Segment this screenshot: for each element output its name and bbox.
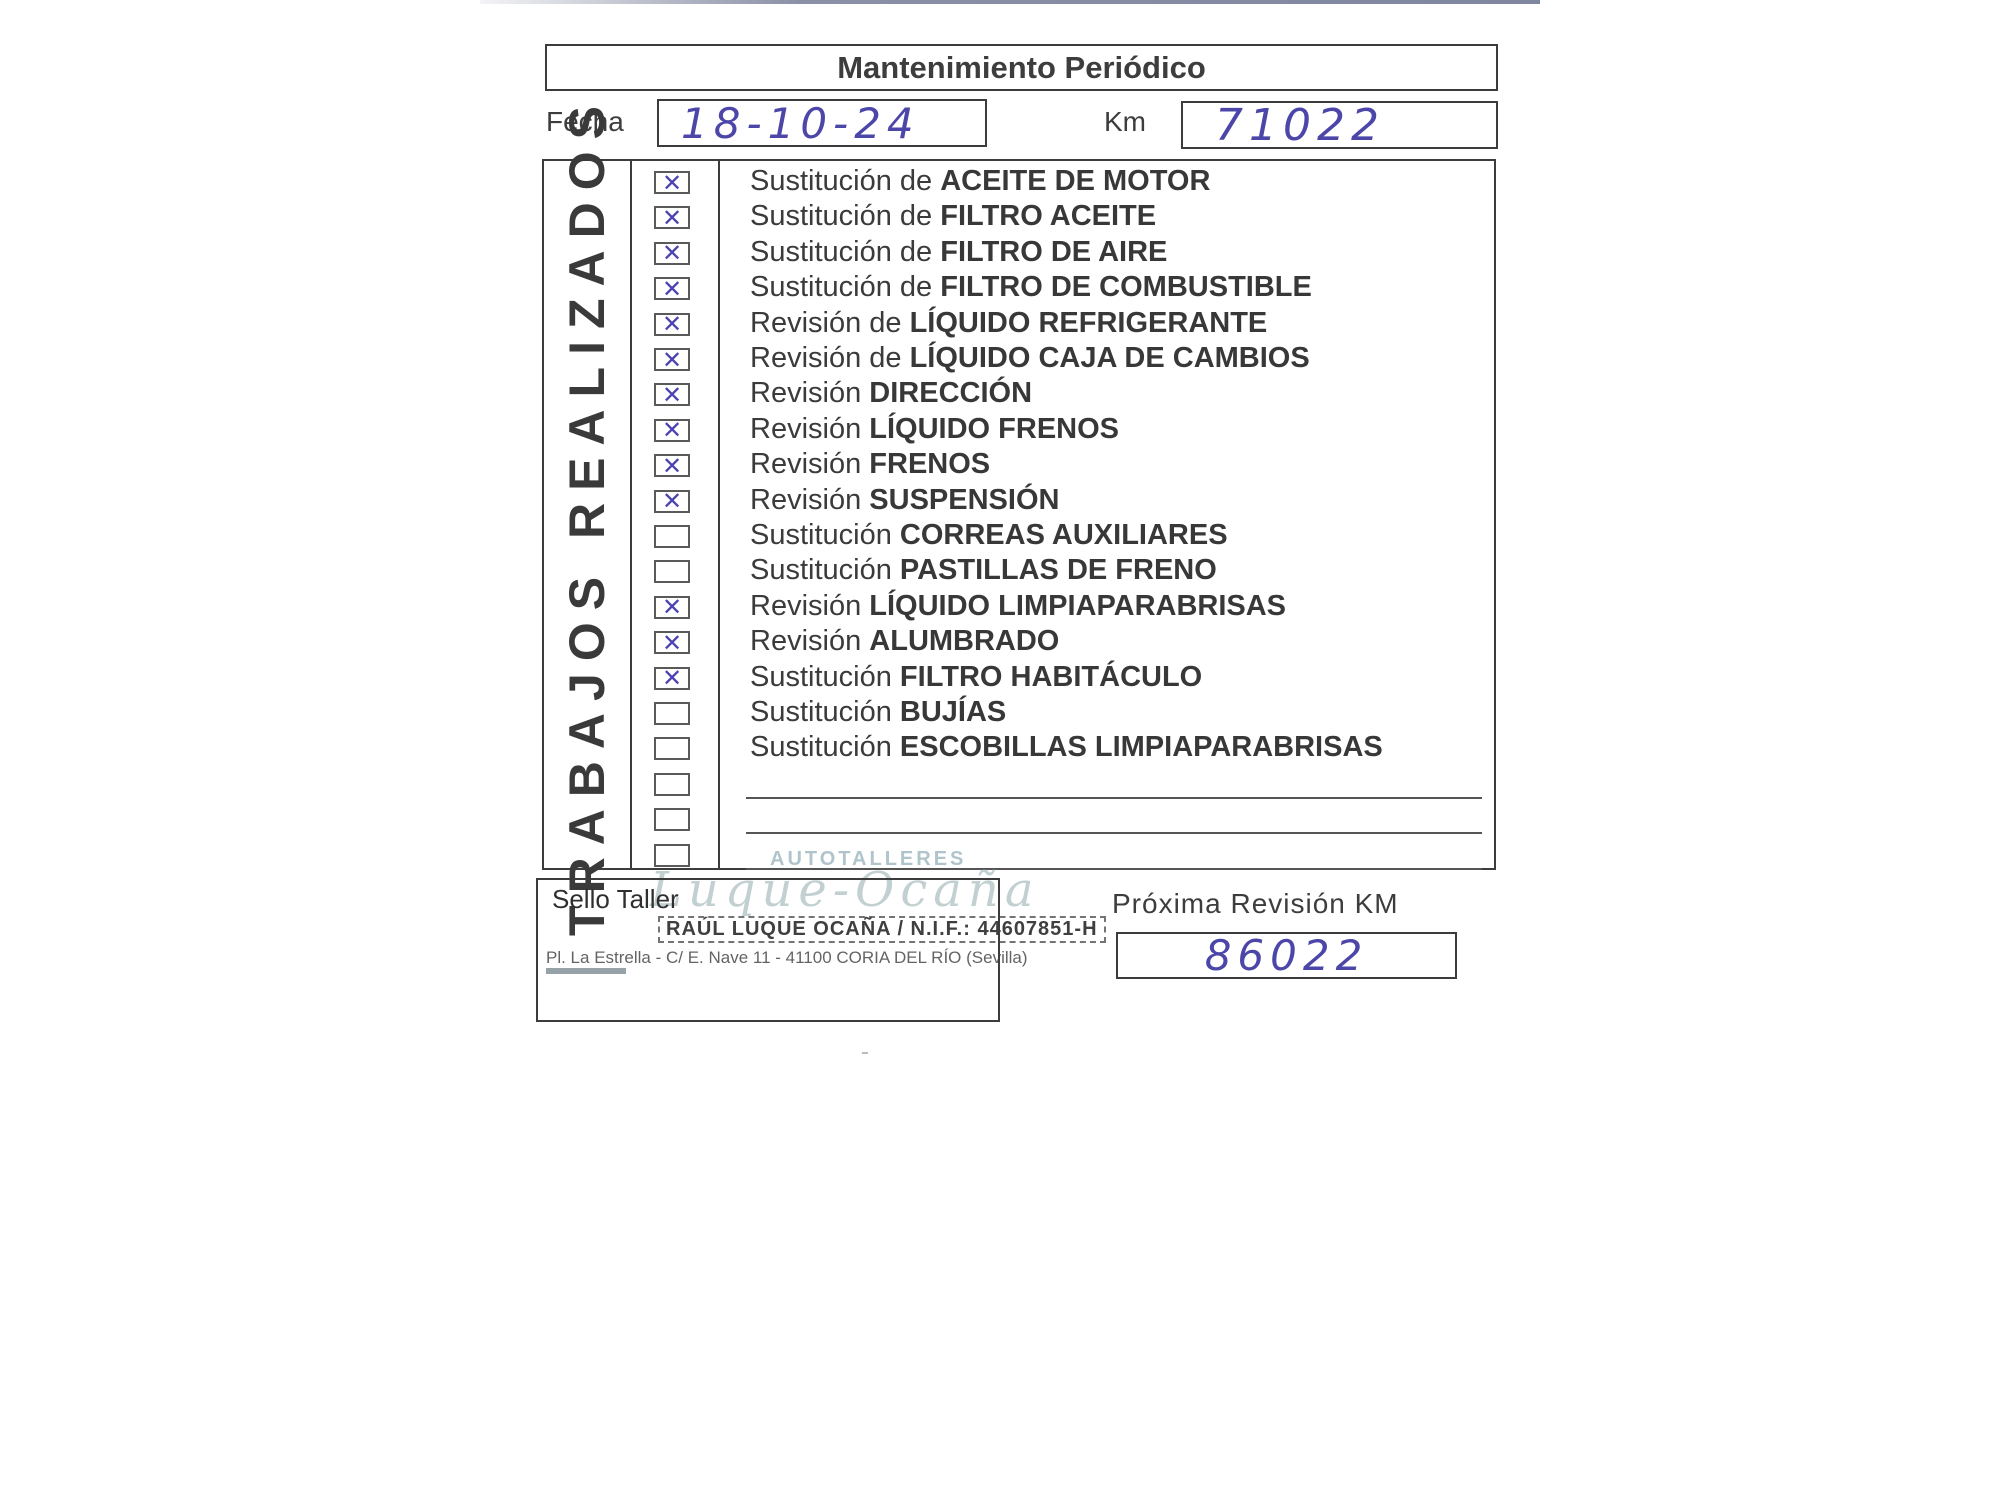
- item-column: Sustitución de ACEITE DE MOTORSustitució…: [720, 161, 1494, 868]
- item-name: FILTRO DE AIRE: [940, 236, 1167, 268]
- sello-label: Sello Taller: [552, 884, 679, 915]
- item-prefix: Sustitución de: [750, 236, 940, 268]
- check-x-icon: ✕: [662, 666, 682, 690]
- list-item: Sustitución FILTRO HABITÁCULO: [750, 661, 1202, 694]
- form-title: Mantenimiento Periódico: [837, 50, 1206, 86]
- item-prefix: Sustitución: [750, 696, 900, 728]
- item-checkbox[interactable]: [654, 525, 690, 548]
- list-item: Revisión DIRECCIÓN: [750, 377, 1032, 410]
- item-prefix: Sustitución de: [750, 165, 940, 197]
- title-box: Mantenimiento Periódico: [545, 44, 1498, 91]
- item-prefix: Revisión de: [750, 307, 910, 339]
- item-name: FILTRO DE COMBUSTIBLE: [940, 271, 1312, 303]
- fecha-field[interactable]: 18-10-24: [657, 99, 987, 147]
- item-checkbox[interactable]: ✕: [654, 348, 690, 371]
- proxima-revision-label: Próxima Revisión KM: [1112, 888, 1399, 920]
- list-item: Revisión de LÍQUIDO REFRIGERANTE: [750, 307, 1267, 340]
- item-checkbox[interactable]: [654, 808, 690, 831]
- item-checkbox[interactable]: [654, 560, 690, 583]
- item-prefix: Revisión: [750, 590, 869, 622]
- list-item: Sustitución CORREAS AUXILIARES: [750, 519, 1228, 552]
- check-x-icon: ✕: [662, 312, 682, 336]
- list-item: Revisión LÍQUIDO LIMPIAPARABRISAS: [750, 590, 1286, 623]
- check-x-icon: ✕: [662, 383, 682, 407]
- item-name: ESCOBILLAS LIMPIAPARABRISAS: [900, 731, 1383, 763]
- section-label-column: TRABAJOS REALIZADOS: [544, 161, 632, 868]
- item-prefix: Revisión: [750, 377, 869, 409]
- item-prefix: Revisión de: [750, 342, 910, 374]
- list-item: Revisión SUSPENSIÓN: [750, 484, 1059, 517]
- sello-taller-box: Sello Taller RAÚL LUQUE OCAÑA / N.I.F.: …: [536, 878, 1000, 1022]
- item-prefix: Sustitución de: [750, 271, 940, 303]
- item-name: LÍQUIDO FRENOS: [869, 413, 1119, 445]
- item-prefix: Revisión: [750, 413, 869, 445]
- scan-speck: [862, 1052, 868, 1054]
- item-name: SUSPENSIÓN: [869, 484, 1059, 516]
- km-value: 71022: [1215, 100, 1385, 151]
- item-name: FILTRO ACEITE: [940, 200, 1156, 232]
- item-name: LÍQUIDO LIMPIAPARABRISAS: [869, 590, 1286, 622]
- item-checkbox[interactable]: ✕: [654, 667, 690, 690]
- item-name: FILTRO HABITÁCULO: [900, 661, 1202, 693]
- item-prefix: Sustitución: [750, 519, 900, 551]
- check-x-icon: ✕: [662, 454, 682, 478]
- item-prefix: Revisión: [750, 448, 869, 480]
- list-item: Sustitución de FILTRO DE AIRE: [750, 236, 1167, 269]
- item-name: BUJÍAS: [900, 696, 1006, 728]
- check-x-icon: ✕: [662, 418, 682, 442]
- item-name: CORREAS AUXILIARES: [900, 519, 1228, 551]
- item-prefix: Revisión: [750, 625, 869, 657]
- stamp-name-line: RAÚL LUQUE OCAÑA / N.I.F.: 44607851-H: [658, 916, 1106, 943]
- list-item: Sustitución PASTILLAS DE FRENO: [750, 554, 1217, 587]
- item-checkbox[interactable]: ✕: [654, 454, 690, 477]
- blank-entry-line[interactable]: [746, 797, 1482, 799]
- item-checkbox[interactable]: ✕: [654, 383, 690, 406]
- check-x-icon: ✕: [662, 489, 682, 513]
- item-checkbox[interactable]: [654, 773, 690, 796]
- proxima-revision-field[interactable]: 86022: [1116, 932, 1457, 979]
- item-checkbox[interactable]: ✕: [654, 490, 690, 513]
- item-checkbox[interactable]: [654, 737, 690, 760]
- item-name: PASTILLAS DE FRENO: [900, 554, 1217, 586]
- list-item: Revisión LÍQUIDO FRENOS: [750, 413, 1119, 446]
- item-prefix: Revisión: [750, 484, 869, 516]
- item-name: ALUMBRADO: [869, 625, 1059, 657]
- checkbox-column: ✕✕✕✕✕✕✕✕✕✕✕✕✕: [632, 161, 720, 868]
- list-item: Revisión de LÍQUIDO CAJA DE CAMBIOS: [750, 342, 1310, 375]
- item-name: LÍQUIDO CAJA DE CAMBIOS: [910, 342, 1310, 374]
- item-checkbox[interactable]: ✕: [654, 206, 690, 229]
- check-x-icon: ✕: [662, 595, 682, 619]
- item-checkbox[interactable]: ✕: [654, 419, 690, 442]
- list-item: Sustitución de FILTRO DE COMBUSTIBLE: [750, 271, 1312, 304]
- item-checkbox[interactable]: ✕: [654, 277, 690, 300]
- check-x-icon: ✕: [662, 631, 682, 655]
- proxima-revision-value: 86022: [1205, 931, 1369, 980]
- item-checkbox[interactable]: ✕: [654, 596, 690, 619]
- check-x-icon: ✕: [662, 241, 682, 265]
- item-prefix: Sustitución: [750, 731, 900, 763]
- section-label: TRABAJOS REALIZADOS: [558, 94, 616, 936]
- check-x-icon: ✕: [662, 277, 682, 301]
- item-checkbox[interactable]: ✕: [654, 631, 690, 654]
- item-checkbox[interactable]: ✕: [654, 171, 690, 194]
- list-item: Sustitución ESCOBILLAS LIMPIAPARABRISAS: [750, 731, 1383, 764]
- item-prefix: Sustitución de: [750, 200, 940, 232]
- list-item: Sustitución de FILTRO ACEITE: [750, 200, 1156, 233]
- item-checkbox[interactable]: ✕: [654, 313, 690, 336]
- check-x-icon: ✕: [662, 206, 682, 230]
- trabajos-table: TRABAJOS REALIZADOS ✕✕✕✕✕✕✕✕✕✕✕✕✕ Sustit…: [542, 159, 1496, 870]
- item-checkbox[interactable]: [654, 702, 690, 725]
- item-name: FRENOS: [869, 448, 990, 480]
- item-name: LÍQUIDO REFRIGERANTE: [910, 307, 1268, 339]
- list-item: Sustitución BUJÍAS: [750, 696, 1006, 729]
- item-prefix: Sustitución: [750, 661, 900, 693]
- item-name: DIRECCIÓN: [869, 377, 1032, 409]
- list-item: Sustitución de ACEITE DE MOTOR: [750, 165, 1210, 198]
- stamp-smudge: [546, 968, 626, 974]
- scan-top-edge: [480, 0, 1540, 4]
- stamp-address-line: Pl. La Estrella - C/ E. Nave 11 - 41100 …: [546, 948, 1028, 968]
- item-prefix: Sustitución: [750, 554, 900, 586]
- list-item: Revisión FRENOS: [750, 448, 990, 481]
- check-x-icon: ✕: [662, 348, 682, 372]
- list-item: Revisión ALUMBRADO: [750, 625, 1059, 658]
- item-checkbox[interactable]: ✕: [654, 242, 690, 265]
- item-name: ACEITE DE MOTOR: [940, 165, 1210, 197]
- fecha-value: 18-10-24: [681, 99, 920, 148]
- km-field[interactable]: 71022: [1181, 101, 1498, 149]
- km-label: Km: [1104, 106, 1146, 138]
- check-x-icon: ✕: [662, 171, 682, 195]
- blank-entry-line[interactable]: [746, 832, 1482, 834]
